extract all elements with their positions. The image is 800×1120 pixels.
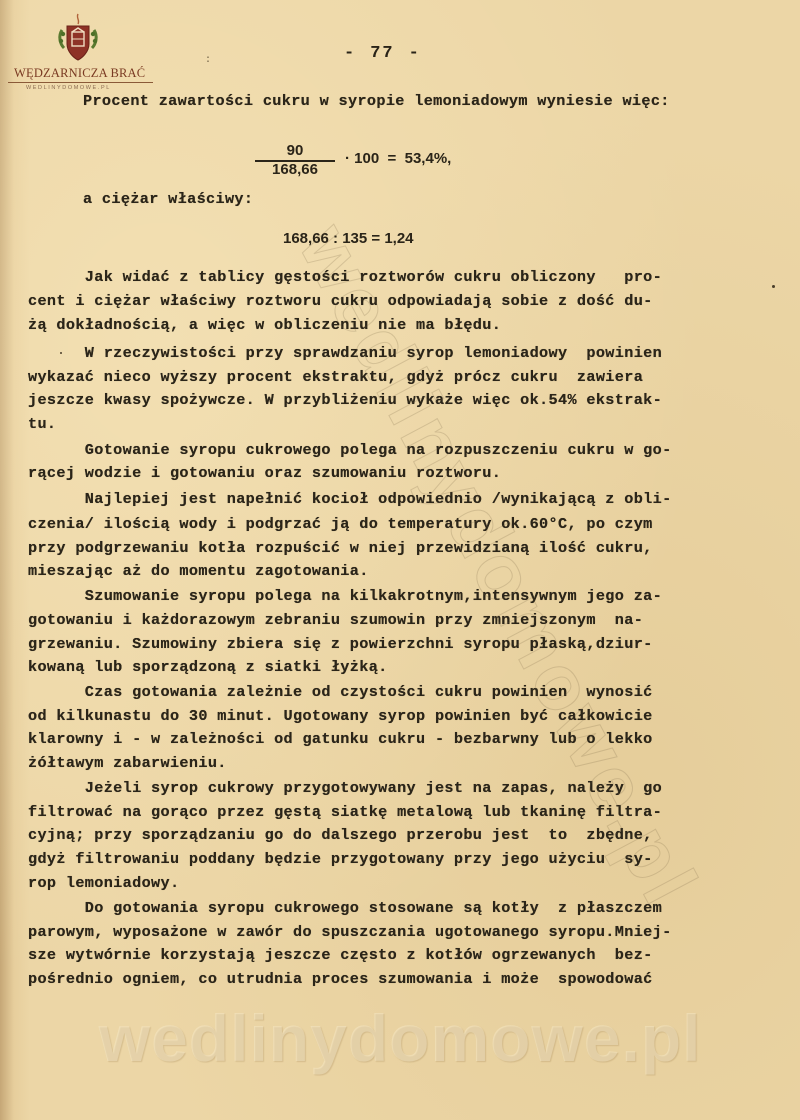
density-equation: 168,66 : 135 = 1,24 (283, 230, 414, 247)
text-line: filtrować na gorąco przez gęstą siatkę m… (28, 802, 662, 822)
ink-speck (772, 285, 775, 288)
text-line: czenia/ ilością wody i podgrzać ją do te… (28, 514, 653, 534)
text-line: cent i ciężar właściwy roztworu cukru od… (28, 291, 653, 311)
text-line: Najlepiej jest napełnić kocioł odpowiedn… (28, 489, 672, 509)
text-line: kowaną lub sporządzoną z siatki łyżką. (28, 657, 388, 677)
text-line: Jak widać z tablicy gęstości roztworów c… (28, 267, 662, 287)
percent-result: · 100 = 53,4%, (345, 150, 451, 167)
text-line: tu. (28, 414, 56, 434)
text-line: żółtawym zabarwieniu. (28, 753, 227, 773)
text-line: żą dokładnością, a więc w obliczeniu nie… (28, 315, 501, 335)
fraction: 90 168,66 (255, 143, 335, 177)
page-number-dash-left: - (344, 44, 356, 63)
page-number-value: 77 (370, 44, 394, 63)
text-line: mieszając aż do momentu zagotowania. (28, 561, 369, 581)
text-line: klarowny i - w zależności od gatunku cuk… (28, 729, 653, 749)
page-number: -77- (330, 44, 435, 63)
text-line: Do gotowania syropu cukrowego stosowane … (28, 898, 662, 918)
text-line: pośrednio ogniem, co utrudnia proces szu… (28, 969, 653, 989)
text-line: gotowaniu i każdorazowym zebraniu szumow… (28, 610, 643, 630)
smokehouse-crest-icon (56, 12, 100, 64)
ink-speck (60, 352, 62, 354)
watermark-bottom: wedlinydomowe.pl (80, 1000, 720, 1076)
text-line: Gotowanie syropu cukrowego polega na roz… (28, 440, 672, 460)
logo-brand-name: WĘDZARNICZA BRAĆ (14, 66, 148, 81)
text-line: jeszcze kwasy spożywcze. W przybliżeniu … (28, 390, 662, 410)
text-line: gdyż filtrowaniu poddany będzie przygoto… (28, 849, 653, 869)
text-line: przy podgrzewaniu kotła rozpuścić w niej… (28, 538, 653, 558)
fraction-denominator: 168,66 (255, 163, 335, 177)
text-line: grzewaniu. Szumowiny zbiera się z powier… (28, 634, 653, 654)
formula-intro: Procent zawartości cukru w syropie lemon… (83, 91, 670, 111)
text-line: rop lemoniadowy. (28, 873, 179, 893)
density-intro: a ciężar właściwy: (83, 189, 253, 209)
text-line: parowym, wyposażone w zawór do spuszczan… (28, 922, 672, 942)
stray-ink-mark: : (205, 55, 211, 66)
text-line: Jeżeli syrop cukrowy przygotowywany jest… (28, 778, 662, 798)
text-line: od kilkunastu do 30 minut. Ugotowany syr… (28, 706, 653, 726)
logo-divider (8, 82, 153, 83)
text-line: wykazać nieco wyższy procent ekstraktu, … (28, 367, 643, 387)
logo: WĘDZARNICZA BRAĆ WEDLINYDOMOWE.PL (8, 8, 148, 90)
text-line: W rzeczywistości przy sprawdzaniu syrop … (28, 343, 662, 363)
text-line: rącej wodzie i gotowaniu oraz szumowaniu… (28, 463, 501, 483)
text-line: Szumowanie syropu polega na kilkakrotnym… (28, 586, 662, 606)
text-line: sze wytwórnie korzystają jeszcze często … (28, 945, 653, 965)
page-number-dash-right: - (409, 44, 421, 63)
text-line: Czas gotowania zależnie od czystości cuk… (28, 682, 653, 702)
fraction-numerator: 90 (255, 143, 335, 159)
text-line: cyjną; przy sporządzaniu go do dalszego … (28, 825, 653, 845)
